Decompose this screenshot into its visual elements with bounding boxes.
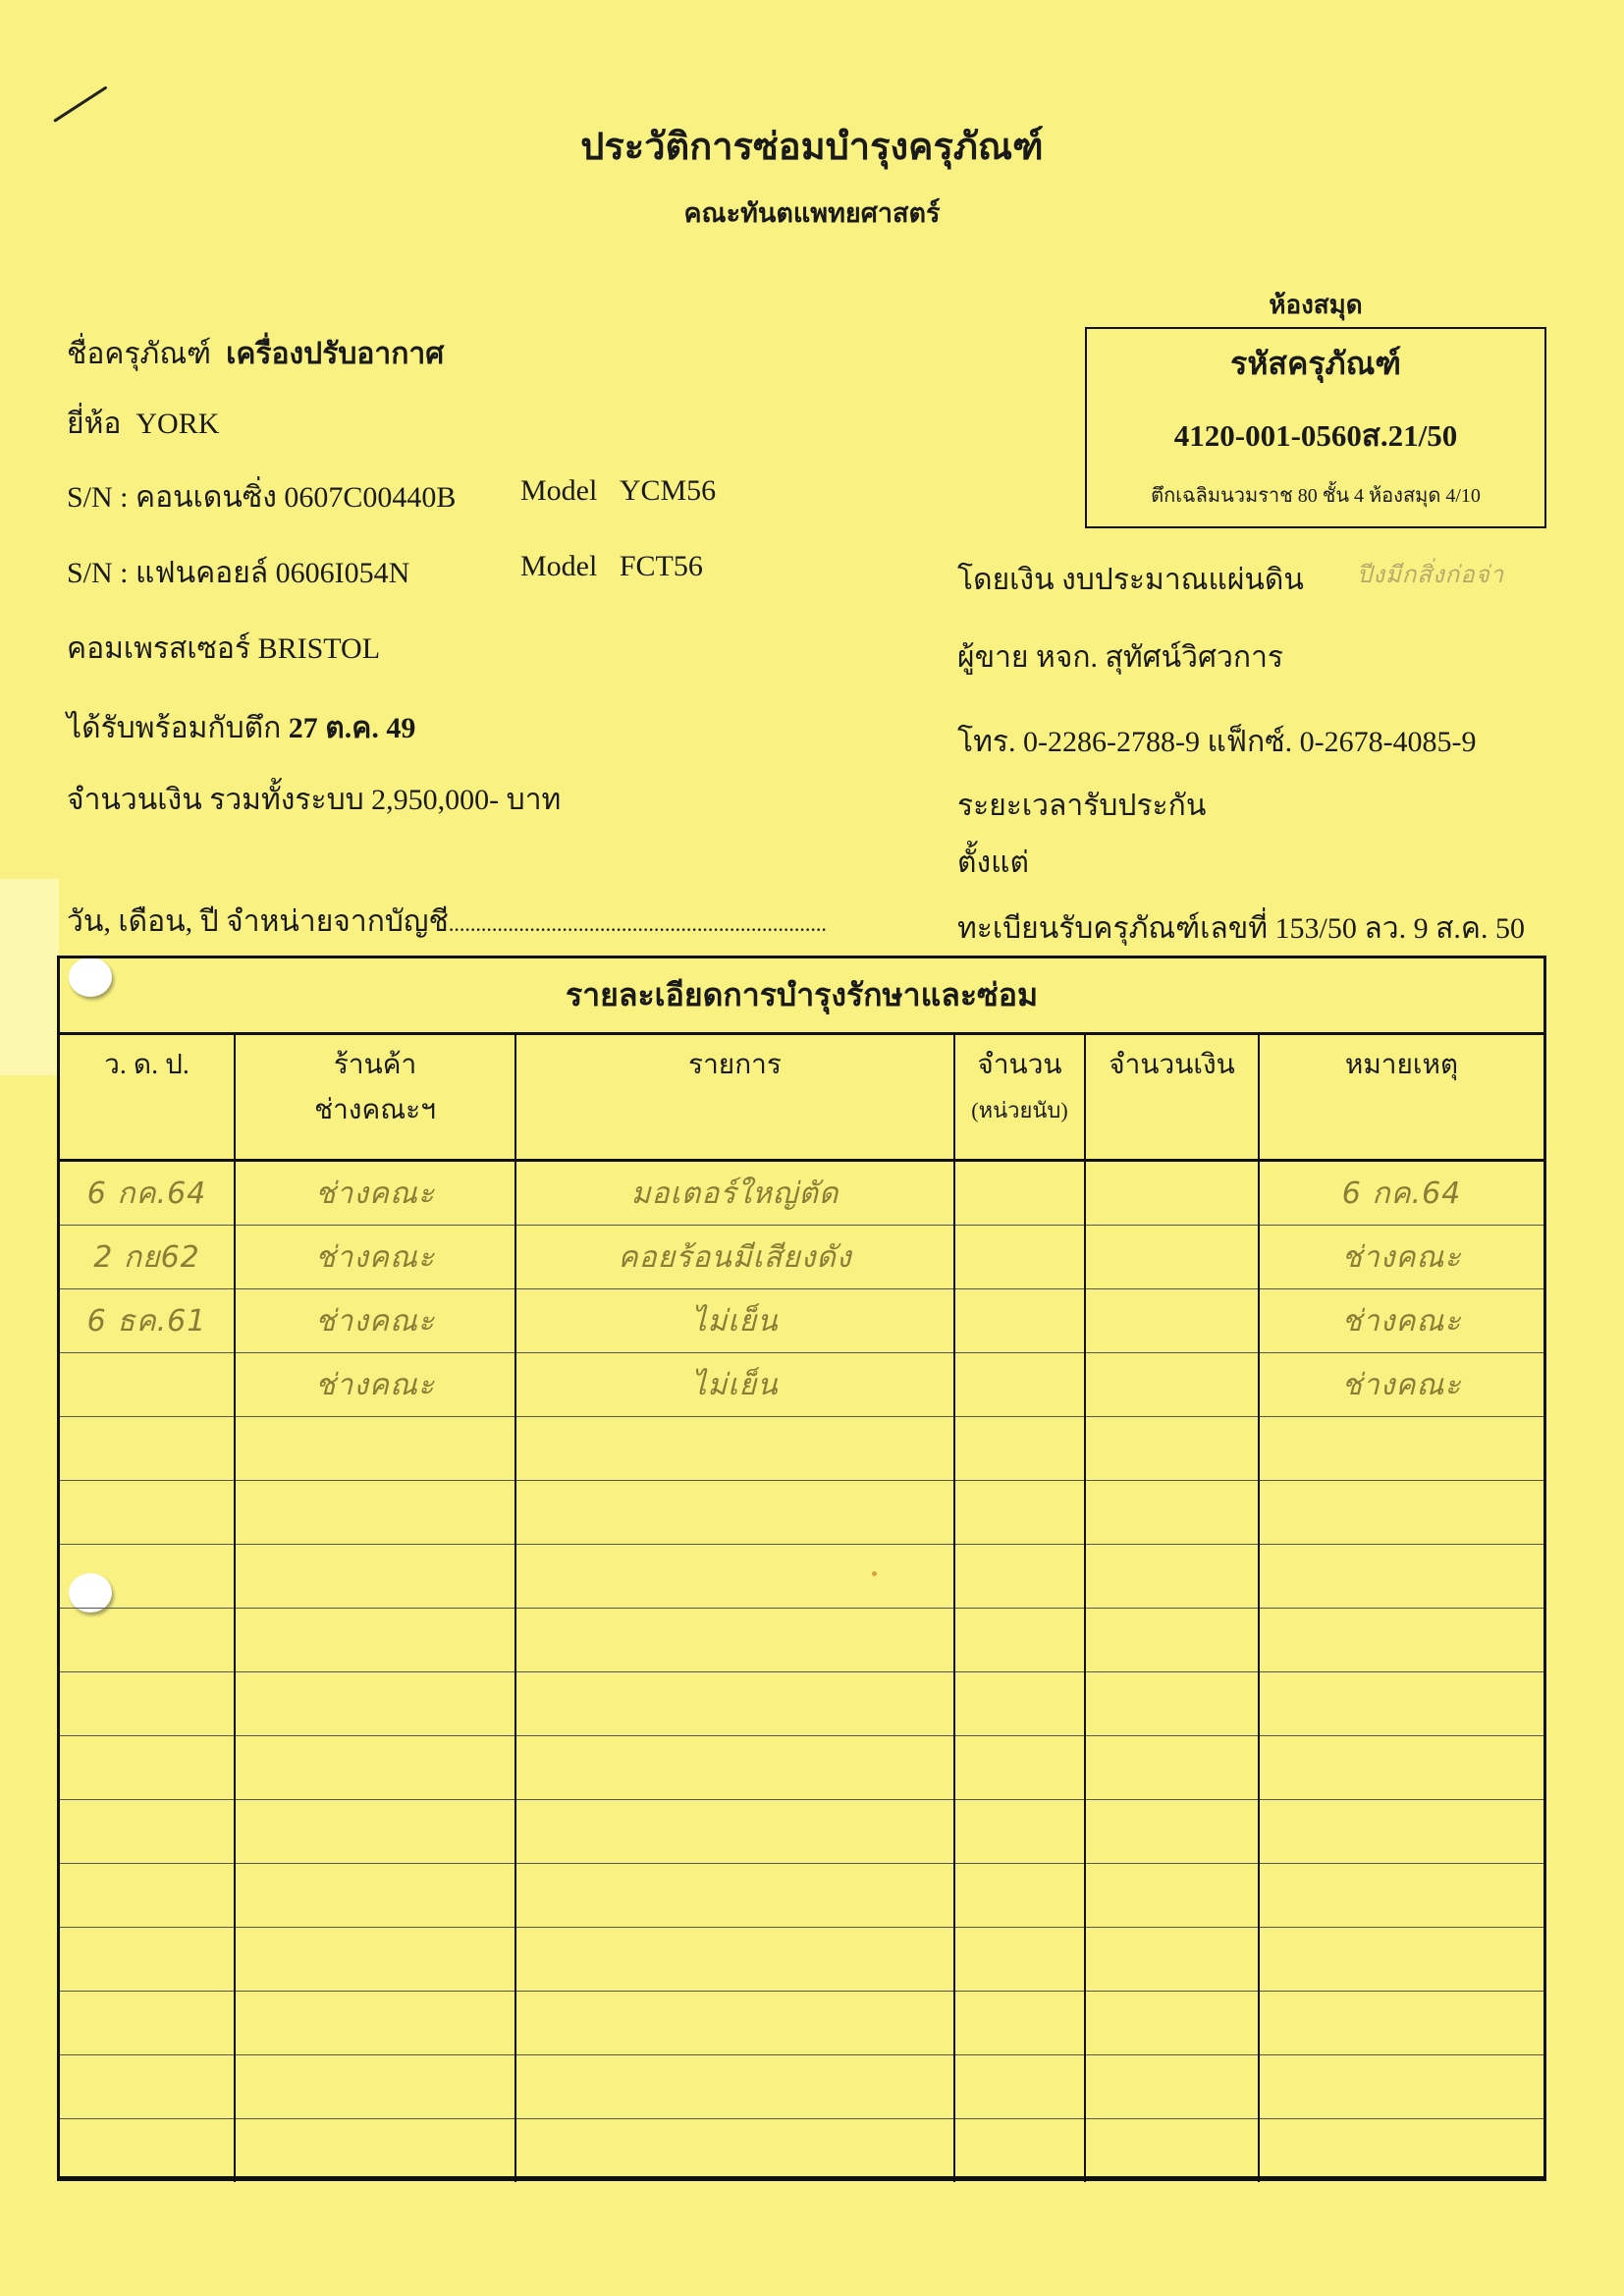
col-date: ว. ด. ป. — [60, 1035, 235, 1161]
cell-date — [60, 1417, 235, 1481]
cell-item: ไม่เย็น — [515, 1353, 954, 1417]
cell-note — [1259, 1992, 1543, 2055]
writeoff-dots: ........................................… — [449, 911, 827, 936]
cell-item — [515, 1928, 954, 1992]
cell-amount — [1085, 1226, 1259, 1289]
cell-note — [1259, 1417, 1543, 1481]
cell-amount — [1085, 1672, 1259, 1736]
model-fancoil-field: Model FCT56 — [520, 550, 703, 583]
asset-code-value: 4120-001-0560ส.21/50 — [1087, 410, 1544, 460]
page-title: ประวัติการซ่อมบำรุงครุภัณฑ์ — [0, 116, 1624, 176]
cell-qty — [954, 1545, 1085, 1609]
writeoff-field: วัน, เดือน, ปี จำหน่ายจากบัญชี..........… — [67, 899, 827, 945]
cell-item: คอยร้อนมีเสียงดัง — [515, 1226, 954, 1289]
cell-item — [515, 1609, 954, 1672]
cell-date — [60, 1481, 235, 1545]
table-row — [60, 1992, 1543, 2055]
vendor-field: ผู้ขาย หจก. สุทัศน์วิศวการ — [957, 634, 1283, 681]
table-row: 6 กค.64ช่างคณะมอเตอร์ใหญ่ตัด6 กค.64 — [60, 1161, 1543, 1226]
table-row — [60, 1609, 1543, 1672]
cell-amount — [1085, 1736, 1259, 1800]
cell-note — [1259, 2119, 1543, 2183]
cell-vendor — [235, 2119, 515, 2183]
compressor-value: BRISTOL — [258, 632, 380, 665]
table-row — [60, 1672, 1543, 1736]
cell-note: ช่างคณะ — [1259, 1226, 1543, 1289]
cell-vendor: ช่างคณะ — [235, 1353, 515, 1417]
cell-vendor — [235, 1736, 515, 1800]
cell-item — [515, 2055, 954, 2119]
table-row — [60, 1417, 1543, 1481]
amount-field: จำนวนเงิน รวมทั้งระบบ 2,950,000- บาท — [67, 777, 561, 823]
received-field: ได้รับพร้อมกับตึก 27 ต.ค. 49 — [67, 705, 415, 751]
col-quantity: จำนวน(หน่วยนับ) — [954, 1035, 1085, 1161]
cell-date: 6 กค.64 — [60, 1161, 235, 1226]
writeoff-label: วัน, เดือน, ปี จำหน่ายจากบัญชี — [67, 905, 449, 938]
cell-vendor — [235, 2055, 515, 2119]
cell-item: มอเตอร์ใหญ่ตัด — [515, 1161, 954, 1226]
cell-vendor — [235, 1672, 515, 1736]
cell-amount — [1085, 1864, 1259, 1928]
cell-qty — [954, 1928, 1085, 1992]
cell-qty — [954, 2055, 1085, 2119]
cell-item — [515, 1672, 954, 1736]
table-row — [60, 1481, 1543, 1545]
cell-qty — [954, 1353, 1085, 1417]
cell-amount — [1085, 1161, 1259, 1226]
table-row — [60, 1928, 1543, 1992]
cell-date: 2 กย62 — [60, 1226, 235, 1289]
table-header-row: ว. ด. ป. ร้านค้าช่างคณะฯ รายการ จำนวน(หน… — [60, 1035, 1543, 1161]
cell-vendor — [235, 1928, 515, 1992]
cell-date — [60, 1736, 235, 1800]
cell-vendor — [235, 1800, 515, 1864]
cell-amount — [1085, 1545, 1259, 1609]
cell-qty — [954, 1864, 1085, 1928]
cell-note: ช่างคณะ — [1259, 1353, 1543, 1417]
table-body: 6 กค.64ช่างคณะมอเตอร์ใหญ่ตัด6 กค.642 กย6… — [60, 1161, 1543, 2183]
compressor-label: คอมเพรสเซอร์ — [67, 632, 250, 665]
cell-vendor: ช่างคณะ — [235, 1226, 515, 1289]
cell-vendor: ช่างคณะ — [235, 1289, 515, 1353]
cell-qty — [954, 1992, 1085, 2055]
model-condensing-field: Model YCM56 — [520, 474, 716, 508]
model-fancoil-label: Model — [520, 550, 597, 582]
cell-item — [515, 1481, 954, 1545]
cell-qty — [954, 1609, 1085, 1672]
cell-date — [60, 1353, 235, 1417]
cell-date — [60, 1672, 235, 1736]
table-row: 6 ธค.61ช่างคณะไม่เย็นช่างคณะ — [60, 1289, 1543, 1353]
cell-note — [1259, 1481, 1543, 1545]
cell-date — [60, 2119, 235, 2183]
cell-qty — [954, 1736, 1085, 1800]
cell-item — [515, 1736, 954, 1800]
amount-value: รวมทั้งระบบ 2,950,000- บาท — [209, 784, 561, 816]
received-value: 27 ต.ค. 49 — [289, 712, 416, 744]
cell-date — [60, 1928, 235, 1992]
serial-condensing-value: 0607C00440B — [284, 481, 456, 514]
model-fancoil-value: FCT56 — [620, 550, 703, 582]
col-item: รายการ — [515, 1035, 954, 1161]
cell-vendor: ช่างคณะ — [235, 1161, 515, 1226]
asset-location: ตึกเฉลิมนวมราช 80 ชั้น 4 ห้องสมุด 4/10 — [1087, 479, 1544, 511]
serial-fancoil-field: S/N : แฟนคอยล์ 0606I054N — [67, 550, 409, 596]
cell-vendor — [235, 1417, 515, 1481]
warranty-field: ระยะเวลารับประกัน — [957, 783, 1206, 829]
cell-date — [60, 1864, 235, 1928]
cell-date: 6 ธค.61 — [60, 1289, 235, 1353]
cell-vendor — [235, 1545, 515, 1609]
serial-condensing-field: S/N : คอนเดนซิ่ง 0607C00440B — [67, 474, 456, 520]
asset-name-label: ชื่อครุภัณฑ์ — [67, 338, 211, 370]
cell-note — [1259, 1545, 1543, 1609]
cell-amount — [1085, 1289, 1259, 1353]
cell-item — [515, 1545, 954, 1609]
cell-note: 6 กค.64 — [1259, 1161, 1543, 1226]
brand-label: ยี่ห้อ — [67, 408, 121, 440]
cell-amount — [1085, 1417, 1259, 1481]
cell-item — [515, 2119, 954, 2183]
binder-hole-shadow — [0, 879, 59, 1075]
cell-item — [515, 1864, 954, 1928]
cell-item — [515, 1800, 954, 1864]
cell-note — [1259, 2055, 1543, 2119]
cell-vendor — [235, 1481, 515, 1545]
table-row: ช่างคณะไม่เย็นช่างคณะ — [60, 1353, 1543, 1417]
table-title: รายละเอียดการบำรุงรักษาและซ่อม — [60, 958, 1543, 1035]
cell-note — [1259, 1672, 1543, 1736]
cell-item — [515, 1417, 954, 1481]
table-row — [60, 2055, 1543, 2119]
model-condensing-label: Model — [520, 474, 597, 507]
table-row — [60, 2119, 1543, 2183]
cell-date — [60, 2055, 235, 2119]
cell-amount — [1085, 1928, 1259, 1992]
phone-fax-field: โทร. 0-2286-2788-9 แฟ็กซ์. 0-2678-4085-9 — [957, 719, 1477, 765]
asset-code-box: รหัสครุภัณฑ์ 4120-001-0560ส.21/50 ตึกเฉล… — [1085, 327, 1546, 528]
asset-name-value: เครื่องปรับอากาศ — [226, 338, 444, 370]
cell-note — [1259, 1736, 1543, 1800]
cell-note — [1259, 1800, 1543, 1864]
maintenance-table: รายละเอียดการบำรุงรักษาและซ่อม ว. ด. ป. … — [57, 956, 1546, 2181]
col-amount: จำนวนเงิน — [1085, 1035, 1259, 1161]
amount-label: จำนวนเงิน — [67, 784, 202, 816]
cell-item: ไม่เย็น — [515, 1289, 954, 1353]
col-vendor: ร้านค้าช่างคณะฯ — [235, 1035, 515, 1161]
model-condensing-value: YCM56 — [620, 474, 716, 507]
cell-qty — [954, 1672, 1085, 1736]
serial-condensing-label: S/N : คอนเดนซิ่ง — [67, 481, 277, 514]
cell-date — [60, 1545, 235, 1609]
registration-field: ทะเบียนรับครุภัณฑ์เลขที่ 153/50 ลว. 9 ส.… — [957, 905, 1525, 952]
cell-vendor — [235, 1992, 515, 2055]
cell-amount — [1085, 1609, 1259, 1672]
table-row — [60, 1800, 1543, 1864]
warranty-since-field: ตั้งแต่ — [957, 840, 1029, 886]
table-row — [60, 1864, 1543, 1928]
funding-handwritten-note: ปีงมีกสิ่งก่อจ่า — [1357, 555, 1504, 593]
maintenance-grid: ว. ด. ป. ร้านค้าช่างคณะฯ รายการ จำนวน(หน… — [60, 1035, 1543, 2182]
page-subtitle: คณะทันตแพทยศาสตร์ — [0, 191, 1624, 234]
serial-fancoil-label: S/N : แฟนคอยล์ — [67, 557, 268, 589]
cell-qty — [954, 1800, 1085, 1864]
cell-qty — [954, 1226, 1085, 1289]
serial-fancoil-value: 0606I054N — [276, 557, 410, 589]
cell-date — [60, 1800, 235, 1864]
cell-qty — [954, 1161, 1085, 1226]
cell-amount — [1085, 1800, 1259, 1864]
received-label: ได้รับพร้อมกับตึก — [67, 712, 281, 744]
cell-qty — [954, 1289, 1085, 1353]
cell-amount — [1085, 1992, 1259, 2055]
cell-amount — [1085, 2055, 1259, 2119]
location-heading: ห้องสมุด — [1085, 285, 1546, 325]
asset-code-label: รหัสครุภัณฑ์ — [1087, 339, 1544, 389]
table-row — [60, 1545, 1543, 1609]
cell-note — [1259, 1864, 1543, 1928]
cell-note: ช่างคณะ — [1259, 1289, 1543, 1353]
cell-date — [60, 1992, 235, 2055]
compressor-field: คอมเพรสเซอร์ BRISTOL — [67, 626, 380, 672]
cell-note — [1259, 1609, 1543, 1672]
cell-vendor — [235, 1864, 515, 1928]
col-note: หมายเหตุ — [1259, 1035, 1543, 1161]
funding-field: โดยเงิน งบประมาณแผ่นดิน — [957, 557, 1304, 603]
cell-item — [515, 1992, 954, 2055]
brand-value: YORK — [135, 408, 219, 440]
brand-field: ยี่ห้อ YORK — [67, 401, 219, 447]
cell-qty — [954, 2119, 1085, 2183]
cell-amount — [1085, 1481, 1259, 1545]
cell-vendor — [235, 1609, 515, 1672]
asset-name-field: ชื่อครุภัณฑ์ เครื่องปรับอากาศ — [67, 331, 444, 377]
table-row — [60, 1736, 1543, 1800]
cell-qty — [954, 1481, 1085, 1545]
table-row: 2 กย62ช่างคณะคอยร้อนมีเสียงดังช่างคณะ — [60, 1226, 1543, 1289]
cell-note — [1259, 1928, 1543, 1992]
cell-amount — [1085, 1353, 1259, 1417]
cell-date — [60, 1609, 235, 1672]
cell-qty — [954, 1417, 1085, 1481]
cell-amount — [1085, 2119, 1259, 2183]
